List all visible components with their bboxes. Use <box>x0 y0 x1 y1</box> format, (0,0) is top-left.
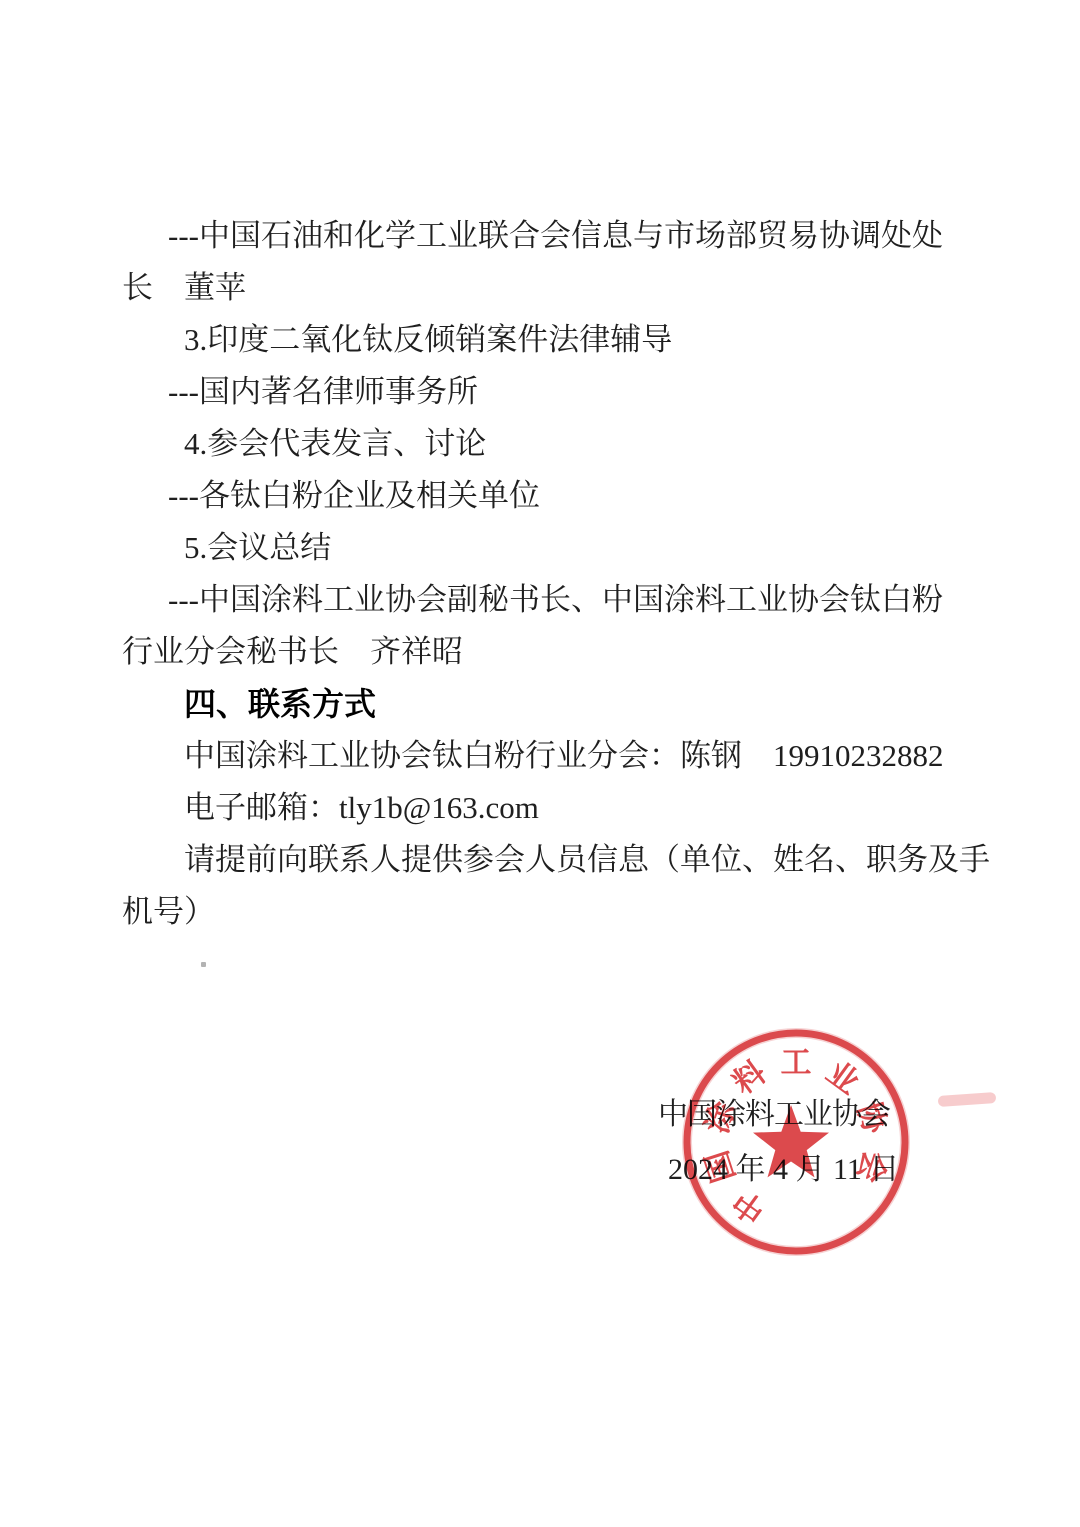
text-line: ---各钛白粉企业及相关单位 <box>122 470 1012 522</box>
text-line: 长 董苹 <box>122 262 1012 314</box>
text-line: 机号） <box>122 886 1012 938</box>
seal-graphic: 中 国 涂 料 工 业 协 会 <box>678 1024 916 1262</box>
text-line: 4.参会代表发言、讨论 <box>122 418 1012 470</box>
text-line: ---中国涂料工业协会副秘书长、中国涂料工业协会钛白粉 <box>122 574 1012 626</box>
text-line: 3.印度二氧化钛反倾销案件法律辅导 <box>122 314 1012 366</box>
seal-character: 会 <box>850 1146 893 1186</box>
contact-line: 中国涂料工业协会钛白粉行业分会：陈钢 19910232882 <box>122 730 1012 782</box>
text-line: 行业分会秘书长 齐祥昭 <box>122 626 1012 678</box>
seal-character: 国 <box>699 1146 742 1186</box>
text-line: ---国内著名律师事务所 <box>122 366 1012 418</box>
section-heading: 四、联系方式 <box>122 678 1012 730</box>
seal-character: 中 <box>726 1183 772 1230</box>
text-line: 5.会议总结 <box>122 522 1012 574</box>
seal-character: 协 <box>850 1097 893 1138</box>
seal-character: 工 <box>781 1045 812 1080</box>
seal-character: 业 <box>820 1054 866 1101</box>
star-icon <box>753 1105 829 1177</box>
seal-ink-smudge <box>938 1092 997 1107</box>
text-line: ---中国石油和化学工业联合会信息与市场部贸易协调处处 <box>122 210 1012 262</box>
email-line: 电子邮箱：tly1b@163.com <box>122 782 1012 834</box>
scan-speck-artifact <box>201 962 206 967</box>
seal-character: 料 <box>726 1054 772 1101</box>
seal-character: 涂 <box>699 1097 742 1137</box>
text-line: 请提前向联系人提供参会人员信息（单位、姓名、职务及手 <box>122 834 1012 886</box>
document-body: ---中国石油和化学工业联合会信息与市场部贸易协调处处 长 董苹 3.印度二氧化… <box>122 210 1012 938</box>
official-seal: 中 国 涂 料 工 业 协 会 <box>678 1024 916 1262</box>
document-page: ---中国石油和化学工业联合会信息与市场部贸易协调处处 长 董苹 3.印度二氧化… <box>0 0 1080 1527</box>
